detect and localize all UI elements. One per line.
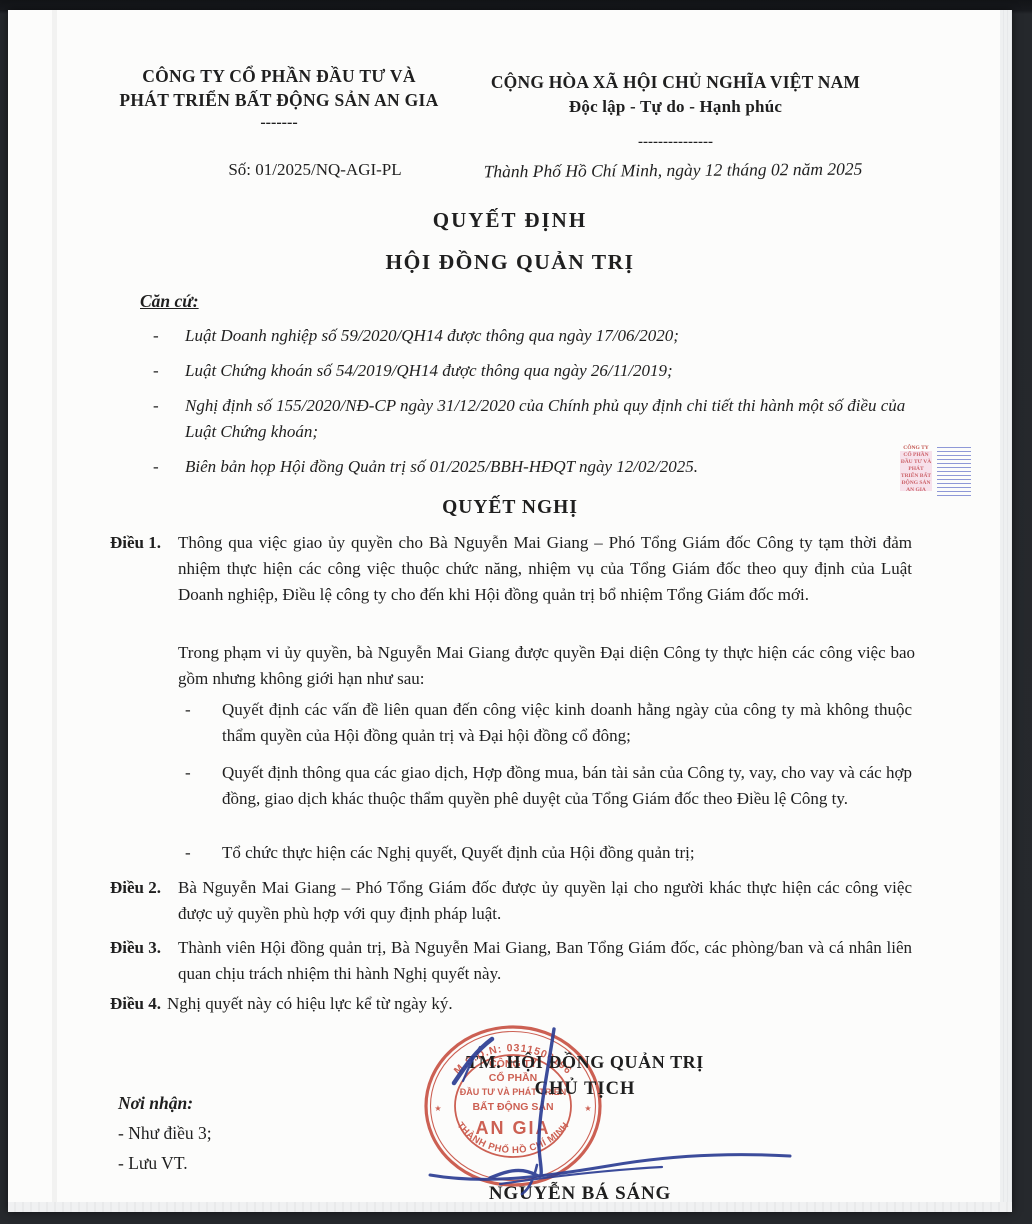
article-3-label: Điều 3.	[110, 935, 178, 987]
article-4: Điều 4.Nghị quyết này có hiệu lực kể từ …	[110, 991, 912, 1017]
article-3: Điều 3. Thành viên Hội đồng quản trị, Bà…	[110, 935, 912, 987]
digital-stamp-line: CÔNG TY	[899, 445, 932, 451]
basis-item: - Nghị định số 155/2020/NĐ-CP ngày 31/12…	[153, 393, 933, 445]
national-title: CỘNG HÒA XÃ HỘI CHỦ NGHĨA VIỆT NAM	[448, 72, 903, 93]
article-1: Điều 1. Thông qua việc giao ủy quyền cho…	[110, 530, 912, 608]
recipient-item: - Như điều 3;	[118, 1118, 378, 1148]
article-2: Điều 2. Bà Nguyễn Mai Giang – Phó Tổng G…	[110, 875, 912, 927]
digital-stamp-metadata-text	[937, 447, 971, 497]
scan-fold-shadow	[52, 10, 57, 1212]
article-2-text: Bà Nguyễn Mai Giang – Phó Tổng Giám đốc …	[178, 875, 912, 927]
issuer-separator: -------	[104, 114, 454, 132]
bullet-text: Quyết định các vấn đề liên quan đến công…	[222, 697, 912, 749]
document-title: QUYẾT ĐỊNH	[8, 208, 1012, 233]
article-3-text: Thành viên Hội đồng quản trị, Bà Nguyễn …	[178, 935, 912, 987]
article-1-label: Điều 1.	[110, 530, 178, 608]
article-1-bullet: - Tổ chức thực hiện các Nghị quyết, Quyế…	[185, 840, 912, 866]
basis-item: - Luật Doanh nghiệp số 59/2020/QH14 được…	[153, 323, 933, 349]
basis-item-text: Luật Doanh nghiệp số 59/2020/QH14 được t…	[185, 323, 933, 349]
basis-item-text: Luật Chứng khoán số 54/2019/QH14 được th…	[185, 358, 933, 384]
document-number: Số: 01/2025/NQ-AGI-PL	[185, 160, 445, 180]
basis-list: - Luật Doanh nghiệp số 59/2020/QH14 được…	[153, 323, 933, 489]
recipient-item: - Lưu VT.	[118, 1148, 378, 1178]
list-dash: -	[185, 697, 222, 749]
basis-item: - Luật Chứng khoán số 54/2019/QH14 được …	[153, 358, 933, 384]
bullet-text: Tổ chức thực hiện các Nghị quyết, Quyết …	[222, 840, 912, 866]
national-motto: Độc lập - Tự do - Hạnh phúc	[448, 97, 903, 117]
recipients-heading: Nơi nhận:	[118, 1088, 378, 1118]
digital-stamp-line: ĐỘNG SẢN	[899, 480, 932, 486]
article-1-intro: Trong phạm vi ủy quyền, bà Nguyễn Mai Gi…	[178, 640, 915, 692]
digital-stamp-line: PHÁT	[899, 466, 932, 472]
list-dash: -	[153, 454, 185, 480]
list-dash: -	[153, 358, 185, 384]
article-1-text: Thông qua việc giao ủy quyền cho Bà Nguy…	[178, 530, 912, 608]
resolution-heading: QUYẾT NGHỊ	[8, 497, 1012, 519]
scan-edge-right	[1000, 10, 1012, 1212]
digital-stamp-line: TRIỂN BẤT	[899, 473, 932, 479]
digital-stamp-company-text: CÔNG TY CỔ PHẦN ĐẦU TƯ VÀ PHÁT TRIỂN BẤT…	[898, 445, 934, 497]
digital-stamp-line: AN GIA	[899, 487, 932, 493]
bullet-text: Quyết định thông qua các giao dịch, Hợp …	[222, 760, 912, 812]
issuer-name-line2: PHÁT TRIỂN BẤT ĐỘNG SẢN AN GIA	[104, 88, 454, 112]
basis-heading: Căn cứ:	[140, 291, 199, 312]
article-1-bullet: - Quyết định thông qua các giao dịch, Hợ…	[185, 760, 912, 812]
screenshot-root: { "doc": { "header_left": { "line1": "CÔ…	[0, 0, 1032, 1224]
digital-stamp-line: ĐẦU TƯ VÀ	[899, 459, 932, 465]
article-4-label: Điều 4.	[110, 994, 161, 1013]
issuer-header: CÔNG TY CỔ PHẦN ĐẦU TƯ VÀ PHÁT TRIỂN BẤT…	[104, 64, 454, 112]
national-separator: ---------------	[448, 134, 903, 151]
basis-item-text: Nghị định số 155/2020/NĐ-CP ngày 31/12/2…	[185, 393, 933, 445]
document-subtitle: HỘI ĐỒNG QUẢN TRỊ	[8, 250, 1012, 275]
national-header: CỘNG HÒA XÃ HỘI CHỦ NGHĨA VIỆT NAM Độc l…	[448, 72, 903, 117]
document-page: CÔNG TY CỔ PHẦN ĐẦU TƯ VÀ PHÁT TRIỂN BẤT…	[8, 10, 1012, 1212]
digital-stamp-line: CỔ PHẦN	[899, 452, 932, 458]
issuer-name-line1: CÔNG TY CỔ PHẦN ĐẦU TƯ VÀ	[104, 64, 454, 88]
article-4-text: Nghị quyết này có hiệu lực kể từ ngày ký…	[167, 994, 453, 1013]
list-dash: -	[185, 760, 222, 812]
article-1-bullet: - Quyết định các vấn đề liên quan đến cô…	[185, 697, 912, 749]
list-dash: -	[153, 323, 185, 349]
recipients-block: Nơi nhận: - Như điều 3; - Lưu VT.	[118, 1088, 378, 1178]
basis-item-text: Biên bản họp Hội đồng Quản trị số 01/202…	[185, 454, 933, 480]
basis-item: - Biên bản họp Hội đồng Quản trị số 01/2…	[153, 454, 933, 480]
list-dash: -	[153, 393, 185, 445]
place-date-line: Thành Phố Hồ Chí Minh, ngày 12 tháng 02 …	[443, 158, 903, 182]
article-2-label: Điều 2.	[110, 875, 178, 927]
digital-signature-stamp: CÔNG TY CỔ PHẦN ĐẦU TƯ VÀ PHÁT TRIỂN BẤT…	[898, 445, 998, 497]
list-dash: -	[185, 840, 222, 866]
handwritten-signature	[408, 1015, 808, 1210]
